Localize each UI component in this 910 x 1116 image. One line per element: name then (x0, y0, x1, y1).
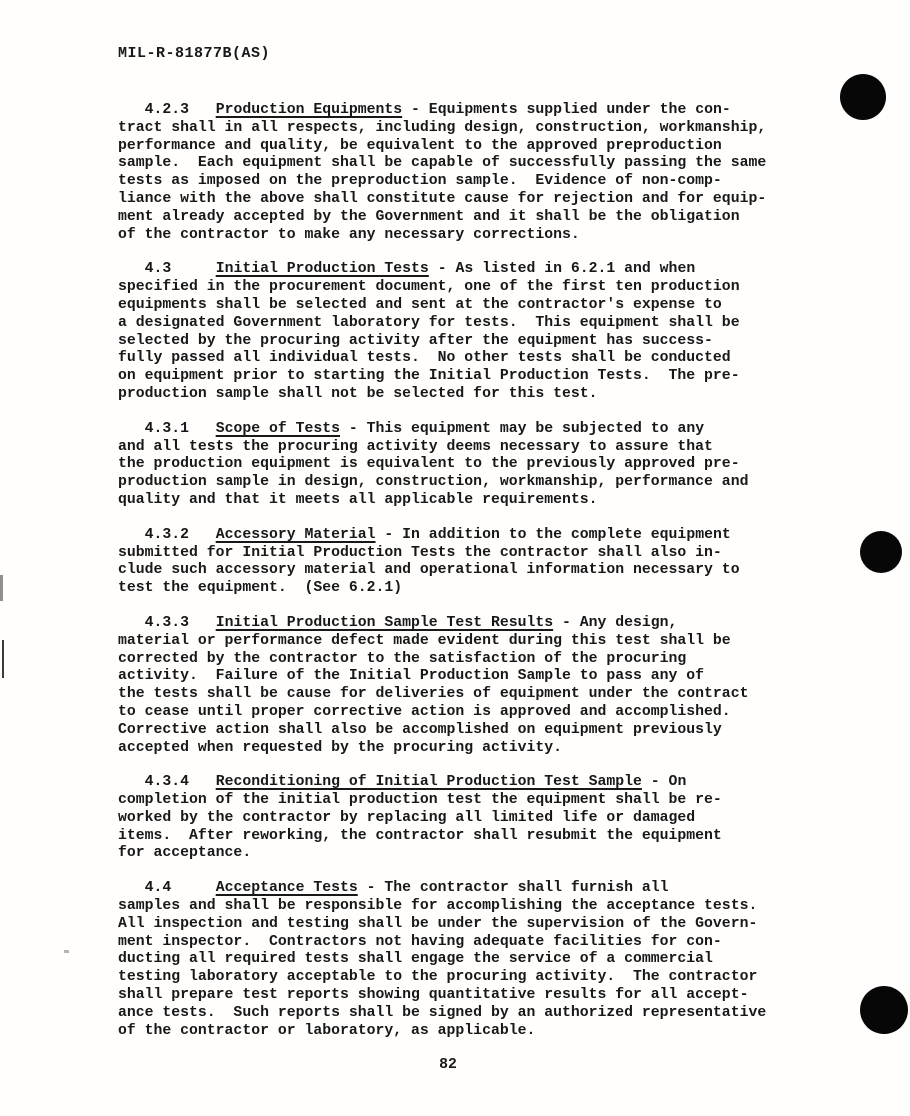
section-title: Acceptance Tests (216, 880, 358, 896)
document-id-header: MIL-R-81877B(AS) (118, 45, 796, 62)
section-title: Reconditioning of Initial Production Tes… (216, 774, 642, 790)
binder-hole-bottom (860, 986, 908, 1034)
scanned-spec-page: MIL-R-81877B(AS) 4.2.3 Production Equipm… (0, 0, 910, 1116)
section-title: Scope of Tests (216, 421, 340, 437)
spec-paragraph-4-3: 4.3 Initial Production Tests - As listed… (118, 261, 796, 403)
spec-paragraph-4-3-1: 4.3.1 Scope of Tests - This equipment ma… (118, 421, 796, 510)
section-number-lead: 4.3.2 (118, 527, 216, 543)
section-title: Initial Production Tests (216, 261, 429, 277)
page-number: 82 (118, 1057, 778, 1073)
section-number-lead: 4.3 (118, 261, 216, 277)
binder-hole-top (840, 74, 886, 120)
spec-paragraph-4-3-3: 4.3.3 Initial Production Sample Test Res… (118, 615, 796, 757)
paragraph-body: - Equipments supplied under the con- tra… (118, 102, 766, 243)
binder-hole-middle (860, 531, 902, 573)
section-title: Accessory Material (216, 527, 376, 543)
section-number-lead: 4.3.4 (118, 774, 216, 790)
section-number-lead: 4.3.3 (118, 615, 216, 631)
scan-artifact-mark (2, 640, 4, 678)
spec-paragraph-4-2-3: 4.2.3 Production Equipments - Equipments… (118, 102, 796, 244)
page-content: MIL-R-81877B(AS) 4.2.3 Production Equipm… (118, 45, 796, 1073)
section-title: Production Equipments (216, 102, 402, 118)
paragraph-body: - As listed in 6.2.1 and when specified … (118, 261, 740, 402)
spec-paragraph-4-3-4: 4.3.4 Reconditioning of Initial Producti… (118, 774, 796, 863)
paragraph-body: - The contractor shall furnish all sampl… (118, 880, 766, 1038)
paragraph-body: - Any design, material or performance de… (118, 615, 748, 756)
scan-artifact-mark (0, 575, 3, 601)
section-number-lead: 4.4 (118, 880, 216, 896)
section-number-lead: 4.2.3 (118, 102, 216, 118)
spec-paragraph-4-4: 4.4 Acceptance Tests - The contractor sh… (118, 880, 796, 1040)
section-title: Initial Production Sample Test Results (216, 615, 553, 631)
spec-paragraph-4-3-2: 4.3.2 Accessory Material - In addition t… (118, 527, 796, 598)
section-number-lead: 4.3.1 (118, 421, 216, 437)
scan-artifact-speck (64, 950, 69, 953)
